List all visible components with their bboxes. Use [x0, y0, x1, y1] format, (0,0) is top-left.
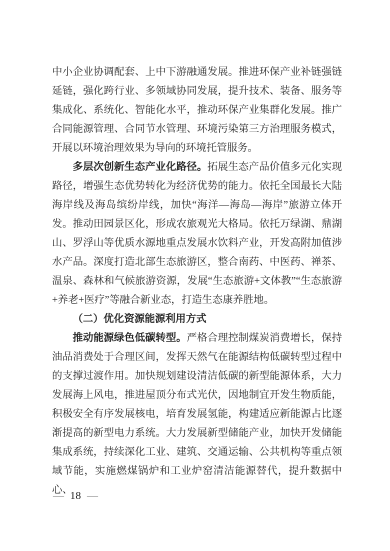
paragraph-text: 中小企业协调配套、上中下游融通发展。推进环保产业补链强链延链，强化跨行业、多领域… [52, 67, 342, 154]
document-page: 中小企业协调配套、上中下游融通发展。推进环保产业补链强链延链，强化跨行业、多领域… [0, 0, 390, 551]
document-body: 中小企业协调配套、上中下游融通发展。推进环保产业补链强链延链，强化跨行业、多领域… [52, 63, 342, 500]
paragraph-lead: 推动能源绿色低碳转型。 [73, 333, 187, 344]
section-heading: （二）优化资源能源利用方式 [52, 310, 342, 329]
paragraph-energy-transition: 推动能源绿色低碳转型。严格合理控制煤炭消费增长，保持油品消费处于合理区间，发挥天… [52, 329, 342, 500]
paragraph-continuation: 中小企业协调配套、上中下游融通发展。推进环保产业补链强链延链，强化跨行业、多领域… [52, 63, 342, 158]
paragraph-text: 拓展生态产品价值多元化实现路径，增强生态优势转化为经济优势的能力。依托全国最长大… [52, 162, 342, 306]
page-number-value: 18 [65, 490, 86, 502]
paragraph-lead: 多层次创新生态产业化路径。 [73, 162, 208, 173]
paragraph-eco-industrialization: 多层次创新生态产业化路径。拓展生态产品价值多元化实现路径，增强生态优势转化为经济… [52, 158, 342, 310]
paragraph-text: 严格合理控制煤炭消费增长，保持油品消费处于合理区间，发挥天然气在能源结构低碳转型… [52, 333, 342, 496]
page-number-dash-right: — [86, 490, 99, 502]
page-number: —18— [52, 489, 99, 503]
page-number-dash-left: — [52, 490, 65, 502]
